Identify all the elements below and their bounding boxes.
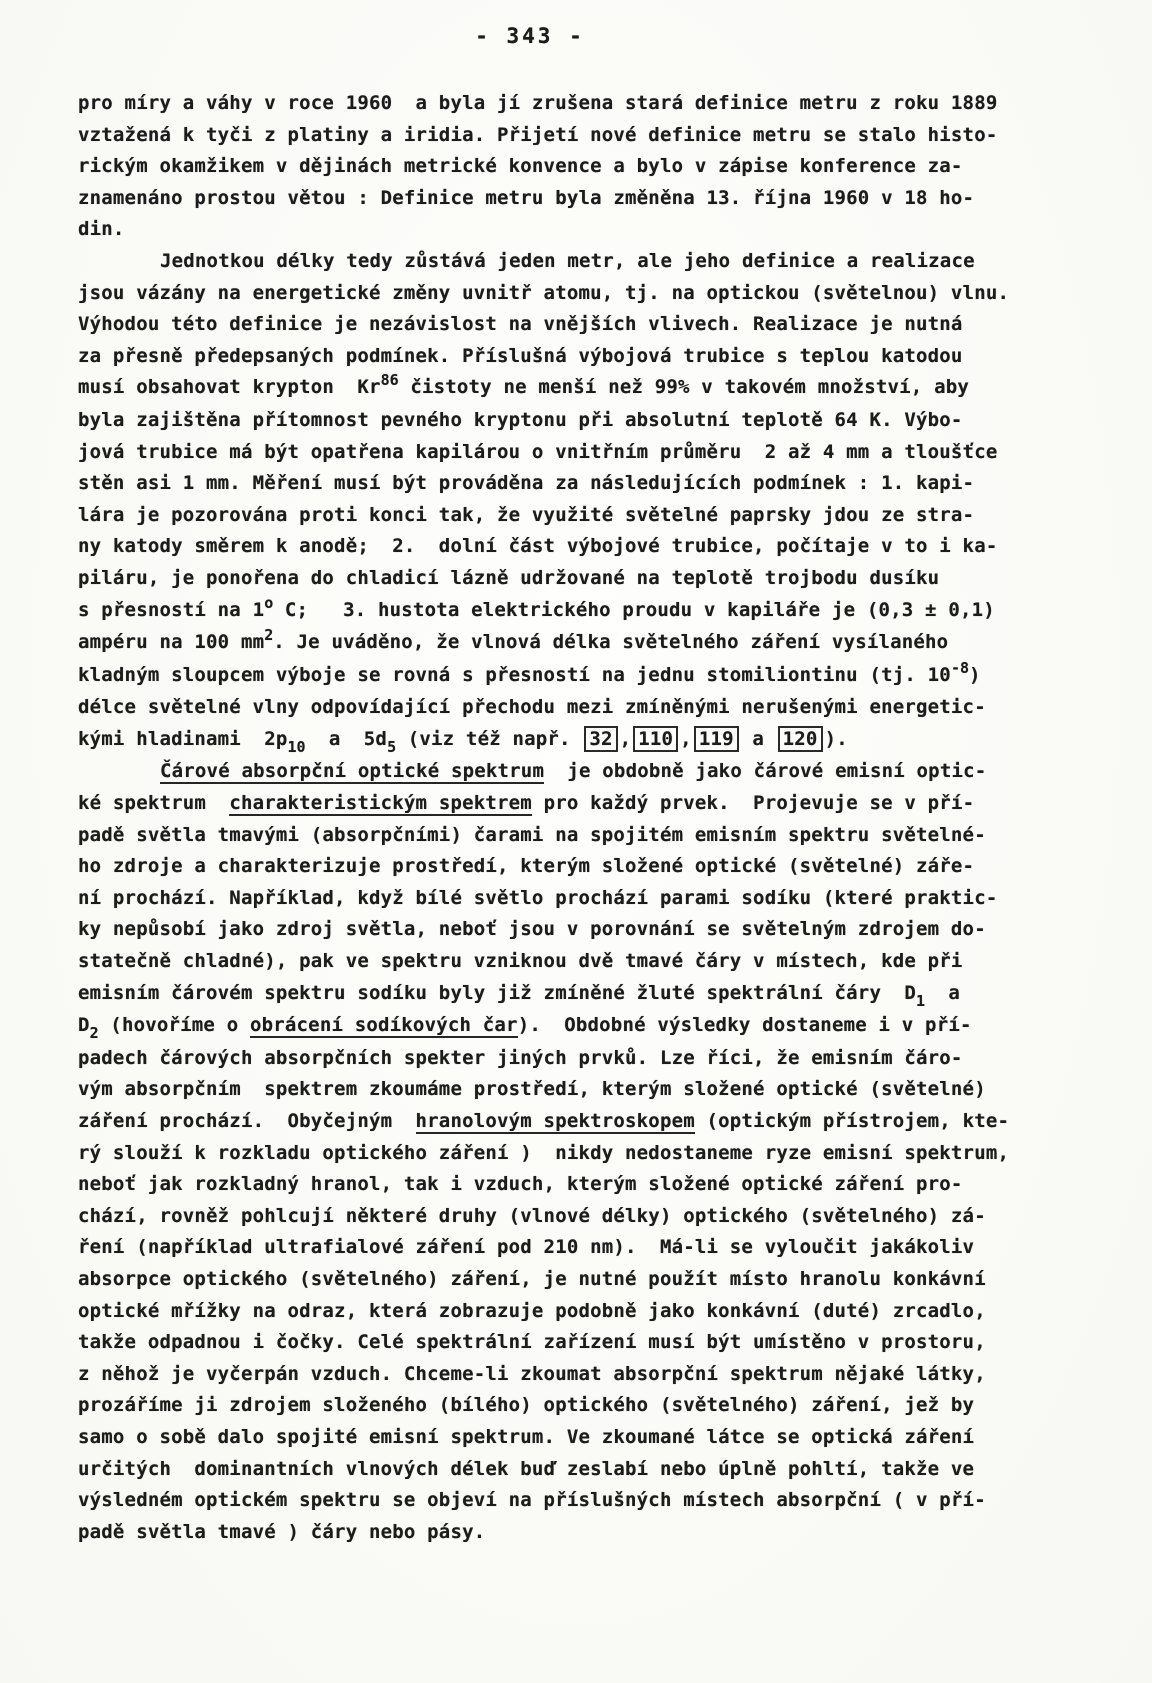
text-line: z něhož je vyčerpán vzduch. Chceme-li zk… (78, 1359, 1098, 1391)
text-run: znamenáno prostou větou : Definice metru… (78, 187, 974, 209)
text-run: pro každý prvek. Projevuje se v pří- (532, 792, 974, 814)
text-line: jová trubice má být opatřena kapilárou o… (78, 437, 1098, 469)
text-line: kými hladinami 2p10 a 5d5 (viz též např.… (78, 724, 1098, 757)
text-run: ampéru na 100 mm (78, 631, 264, 653)
text-run: kými hladinami 2p (78, 728, 288, 750)
text-line: vým absorpčním spektrem zkoumáme prostře… (78, 1074, 1098, 1106)
text-line: s přesností na 1o C; 3. hustota elektric… (78, 595, 1098, 628)
text-run: musí obsahovat krypton Kr (78, 376, 381, 398)
text-line: emisním čárovém spektru sodíku byly již … (78, 978, 1098, 1011)
text-run: ní prochází. Například, když bílé světlo… (78, 887, 997, 909)
boxed-citation: 120 (778, 726, 823, 752)
text-line: ké spektrum charakteristickým spektrem p… (78, 788, 1098, 820)
text-run: absorpce optického (světelného) záření, … (78, 1268, 986, 1290)
text-line: prozáříme ji zdrojem složeného (bílého) … (78, 1390, 1098, 1422)
text-run: ky nepůsobí jako zdroj světla, neboť jso… (78, 918, 986, 940)
text-line: ny katody směrem k anodě; 2. dolní část … (78, 531, 1098, 563)
text-line: výsledném optickém spektru se objeví na … (78, 1485, 1098, 1517)
text-line: jsou vázány na energetické změny uvnitř … (78, 278, 1098, 310)
text-line: určitých dominantních vlnových délek buď… (78, 1454, 1098, 1486)
superscript: o (264, 594, 273, 612)
text-run: jová trubice má být opatřena kapilárou o… (78, 441, 997, 463)
text-line: absorpce optického (světelného) záření, … (78, 1264, 1098, 1296)
superscript: -8 (951, 659, 969, 677)
underlined-term: hranolovým spektroskopem (416, 1110, 695, 1134)
text-run: a (925, 982, 960, 1004)
text-line: znamenáno prostou větou : Definice metru… (78, 183, 1098, 215)
text-line: neboť jak rozkladný hranol, tak i vzduch… (78, 1169, 1098, 1201)
text-run: rickým okamžikem v dějinách metrické kon… (78, 155, 963, 177)
text-line: záření prochází. Obyčejným hranolovým sp… (78, 1106, 1098, 1138)
text-run: prozáříme ji zdrojem složeného (bílého) … (78, 1394, 974, 1416)
text-run: . Je uváděno, že vlnová délka světelného… (273, 631, 948, 653)
text-run: je obdobně jako čárové emisní optic- (544, 760, 986, 782)
text-line: rickým okamžikem v dějinách metrické kon… (78, 151, 1098, 183)
document-body: pro míry a váhy v roce 1960 a byla jí zr… (78, 88, 1098, 1548)
text-line: piláru, je ponořena do chladicí lázně ud… (78, 563, 1098, 595)
text-run: (viz též např. (396, 728, 582, 750)
text-run: samo o sobě dalo spojité emisní spektrum… (78, 1426, 974, 1448)
boxed-citation: 110 (633, 726, 678, 752)
text-line: takže odpadnou i čočky. Celé spektrální … (78, 1327, 1098, 1359)
text-run: piláru, je ponořena do chladicí lázně ud… (78, 567, 939, 589)
text-run: lára je pozorována proti konci tak, že v… (78, 504, 974, 526)
text-run: délce světelné vlny odpovídající přechod… (78, 696, 986, 718)
text-run: stěn asi 1 mm. Měření musí být prováděna… (78, 472, 974, 494)
text-run: a 5d (306, 728, 387, 750)
text-run: s přesností na 1 (78, 599, 264, 621)
text-line: kladným sloupcem výboje se rovná s přesn… (78, 660, 1098, 693)
text-run: rý slouží k rozkladu optického záření ) … (78, 1142, 1009, 1164)
text-run: takže odpadnou i čočky. Celé spektrální … (78, 1331, 986, 1353)
text-run: , (680, 728, 692, 750)
text-line: ho zdroje a charakterizuje prostředí, kt… (78, 851, 1098, 883)
superscript: 86 (381, 371, 399, 389)
subscript: 2 (90, 1024, 99, 1042)
text-line: rý slouží k rozkladu optického záření ) … (78, 1138, 1098, 1170)
text-run: z něhož je vyčerpán vzduch. Chceme-li zk… (78, 1363, 986, 1385)
subscript: 1 (916, 992, 925, 1010)
text-run: din. (78, 218, 125, 240)
text-run: jsou vázány na energetické změny uvnitř … (78, 282, 1009, 304)
underlined-term: charakteristickým spektrem (229, 792, 532, 816)
text-line: Čárové absorpční optické spektrum je obd… (78, 756, 1098, 788)
text-run: ny katody směrem k anodě; 2. dolní část … (78, 535, 997, 557)
text-line: ky nepůsobí jako zdroj světla, neboť jso… (78, 914, 1098, 946)
boxed-citation: 32 (584, 726, 617, 752)
text-run: (hovoříme o (99, 1014, 250, 1036)
underlined-term: Čárové absorpční optické spektrum (160, 760, 544, 784)
text-run: C; 3. hustota elektrického proudu v kapi… (273, 599, 995, 621)
text-run: ). Obdobné výsledky dostaneme i v pří- (518, 1014, 972, 1036)
text-run: a (741, 728, 776, 750)
text-line: statečně chladné), pak ve spektru vznikn… (78, 946, 1098, 978)
subscript: 5 (387, 738, 396, 756)
text-line: za přesně předepsaných podmínek. Přísluš… (78, 341, 1098, 373)
text-run: chází, rovněž pohlcují některé druhy (vl… (78, 1205, 986, 1227)
text-run: byla zajištěna přítomnost pevného krypto… (78, 409, 963, 431)
subscript: 10 (288, 738, 306, 756)
text-line: din. (78, 214, 1098, 246)
text-line: délce světelné vlny odpovídající přechod… (78, 692, 1098, 724)
text-run: určitých dominantních vlnových délek buď… (78, 1458, 974, 1480)
text-run: vým absorpčním spektrem zkoumáme prostře… (78, 1078, 986, 1100)
text-line: Jednotkou délky tedy zůstává jeden metr,… (78, 246, 1098, 278)
text-run: kladným sloupcem výboje se rovná s přesn… (78, 664, 951, 686)
boxed-citation: 119 (694, 726, 739, 752)
text-run: ké spektrum (78, 792, 229, 814)
text-run: Výhodou této definice je nezávislost na … (78, 313, 963, 335)
text-line: pro míry a váhy v roce 1960 a byla jí zr… (78, 88, 1098, 120)
text-line: optické mřížky na odraz, která zobrazuje… (78, 1296, 1098, 1328)
text-line: byla zajištěna přítomnost pevného krypto… (78, 405, 1098, 437)
page-number: - 343 - (0, 24, 1060, 48)
text-line: Výhodou této definice je nezávislost na … (78, 309, 1098, 341)
text-run: pro míry a váhy v roce 1960 a byla jí zr… (78, 92, 997, 114)
text-line: padě světla tmavými (absorpčními) čarami… (78, 820, 1098, 852)
text-line: padě světla tmavé ) čáry nebo pásy. (78, 1517, 1098, 1549)
text-line: chází, rovněž pohlcují některé druhy (vl… (78, 1201, 1098, 1233)
text-run: Jednotkou délky tedy zůstává jeden metr,… (160, 250, 975, 272)
text-run: ). (825, 728, 848, 750)
text-run: padě světla tmavé ) čáry nebo pásy. (78, 1521, 485, 1543)
text-line: musí obsahovat krypton Kr86 čistoty ne m… (78, 372, 1098, 405)
underlined-term: obrácení sodíkových čar (250, 1014, 518, 1038)
text-line: ampéru na 100 mm2. Je uváděno, že vlnová… (78, 627, 1098, 660)
text-run: výsledném optickém spektru se objeví na … (78, 1489, 986, 1511)
text-line: padech čárových absorpčních spekter jiný… (78, 1043, 1098, 1075)
text-line: ření (například ultrafialové záření pod … (78, 1232, 1098, 1264)
scanned-page: - 343 - pro míry a váhy v roce 1960 a by… (0, 0, 1152, 1683)
superscript: 2 (264, 626, 273, 644)
text-run: čistoty ne menší než 99% v takovém množs… (399, 376, 969, 398)
text-run: za přesně předepsaných podmínek. Přísluš… (78, 345, 963, 367)
text-line: lára je pozorována proti konci tak, že v… (78, 500, 1098, 532)
text-run: padech čárových absorpčních spekter jiný… (78, 1047, 963, 1069)
text-run: D (78, 1014, 90, 1036)
text-run: neboť jak rozkladný hranol, tak i vzduch… (78, 1173, 963, 1195)
text-run: optické mřížky na odraz, která zobrazuje… (78, 1300, 986, 1322)
text-line: samo o sobě dalo spojité emisní spektrum… (78, 1422, 1098, 1454)
text-line: D2 (hovoříme o obrácení sodíkových čar).… (78, 1010, 1098, 1043)
text-run: ření (například ultrafialové záření pod … (78, 1236, 974, 1258)
text-run: , (620, 728, 632, 750)
text-line: ní prochází. Například, když bílé světlo… (78, 883, 1098, 915)
text-line: vztažená k tyči z platiny a iridia. Přij… (78, 120, 1098, 152)
text-run: (optickým přístrojem, kte- (695, 1110, 1009, 1132)
text-run: záření prochází. Obyčejným (78, 1110, 416, 1132)
text-run: padě světla tmavými (absorpčními) čarami… (78, 824, 986, 846)
text-run: ) (969, 664, 981, 686)
text-run: emisním čárovém spektru sodíku byly již … (78, 982, 916, 1004)
text-run: vztažená k tyči z platiny a iridia. Přij… (78, 124, 997, 146)
text-line: stěn asi 1 mm. Měření musí být prováděna… (78, 468, 1098, 500)
text-run: ho zdroje a charakterizuje prostředí, kt… (78, 855, 974, 877)
text-run: statečně chladné), pak ve spektru vznikn… (78, 950, 963, 972)
